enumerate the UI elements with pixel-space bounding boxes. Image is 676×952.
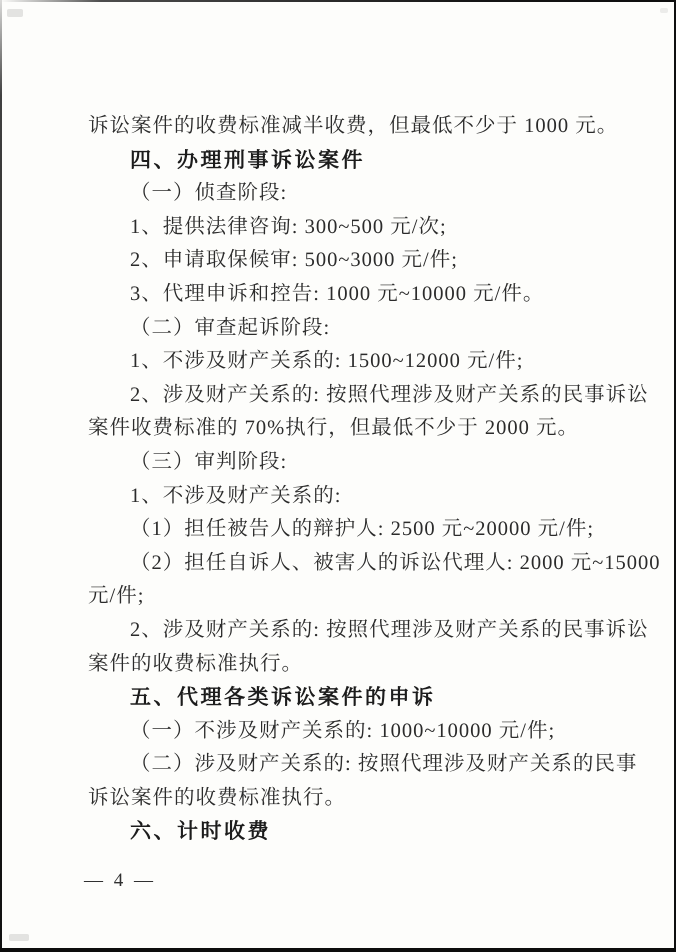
scan-speck — [9, 934, 29, 941]
section-heading-4: 四、办理刑事诉讼案件 — [130, 144, 594, 178]
doc-line: 案件的收费标准执行。 — [88, 648, 594, 682]
doc-line: 1、不涉及财产关系的: — [130, 480, 594, 514]
doc-line: （一）不涉及财产关系的: 1000~10000 元/件; — [130, 715, 594, 749]
doc-line: （三）审判阶段: — [130, 446, 594, 480]
doc-line: 2、申请取保候审: 500~3000 元/件; — [130, 244, 594, 278]
doc-line: 案件收费标准的 70%执行，但最低不少于 2000 元。 — [88, 412, 594, 446]
doc-line: 3、代理申诉和控告: 1000 元~10000 元/件。 — [130, 278, 594, 312]
document-text-block: 诉讼案件的收费标准减半收费，但最低不少于 1000 元。 四、办理刑事诉讼案件 … — [88, 110, 594, 849]
scan-border-left — [0, 0, 2, 952]
scan-speck — [7, 9, 23, 17]
doc-line: 1、提供法律咨询: 300~500 元/次; — [130, 211, 594, 245]
doc-line: 2、涉及财产关系的: 按照代理涉及财产关系的民事诉讼 — [130, 379, 594, 413]
doc-line: （一）侦查阶段: — [130, 177, 594, 211]
scanned-document-page: 诉讼案件的收费标准减半收费，但最低不少于 1000 元。 四、办理刑事诉讼案件 … — [0, 0, 676, 952]
scan-border-bottom — [0, 948, 676, 952]
section-heading-5: 五、代理各类诉讼案件的申诉 — [130, 681, 594, 715]
doc-line: （1）担任被告人的辩护人: 2500 元~20000 元/件; — [130, 513, 594, 547]
scan-border-top — [0, 0, 676, 2]
doc-line: （2）担任自诉人、被害人的诉讼代理人: 2000 元~15000 — [130, 547, 594, 581]
doc-line: （二）审查起诉阶段: — [130, 312, 594, 346]
doc-line: 元/件; — [88, 580, 594, 614]
doc-line: 2、涉及财产关系的: 按照代理涉及财产关系的民事诉讼 — [130, 614, 594, 648]
scan-speck — [660, 8, 668, 13]
doc-line: 1、不涉及财产关系的: 1500~12000 元/件; — [130, 345, 594, 379]
doc-line: （二）涉及财产关系的: 按照代理涉及财产关系的民事 — [130, 748, 594, 782]
section-heading-6: 六、计时收费 — [130, 815, 594, 849]
page-number: — 4 — — [84, 870, 156, 892]
doc-line: 诉讼案件的收费标准减半收费，但最低不少于 1000 元。 — [88, 110, 594, 144]
doc-line: 诉讼案件的收费标准执行。 — [88, 782, 594, 816]
